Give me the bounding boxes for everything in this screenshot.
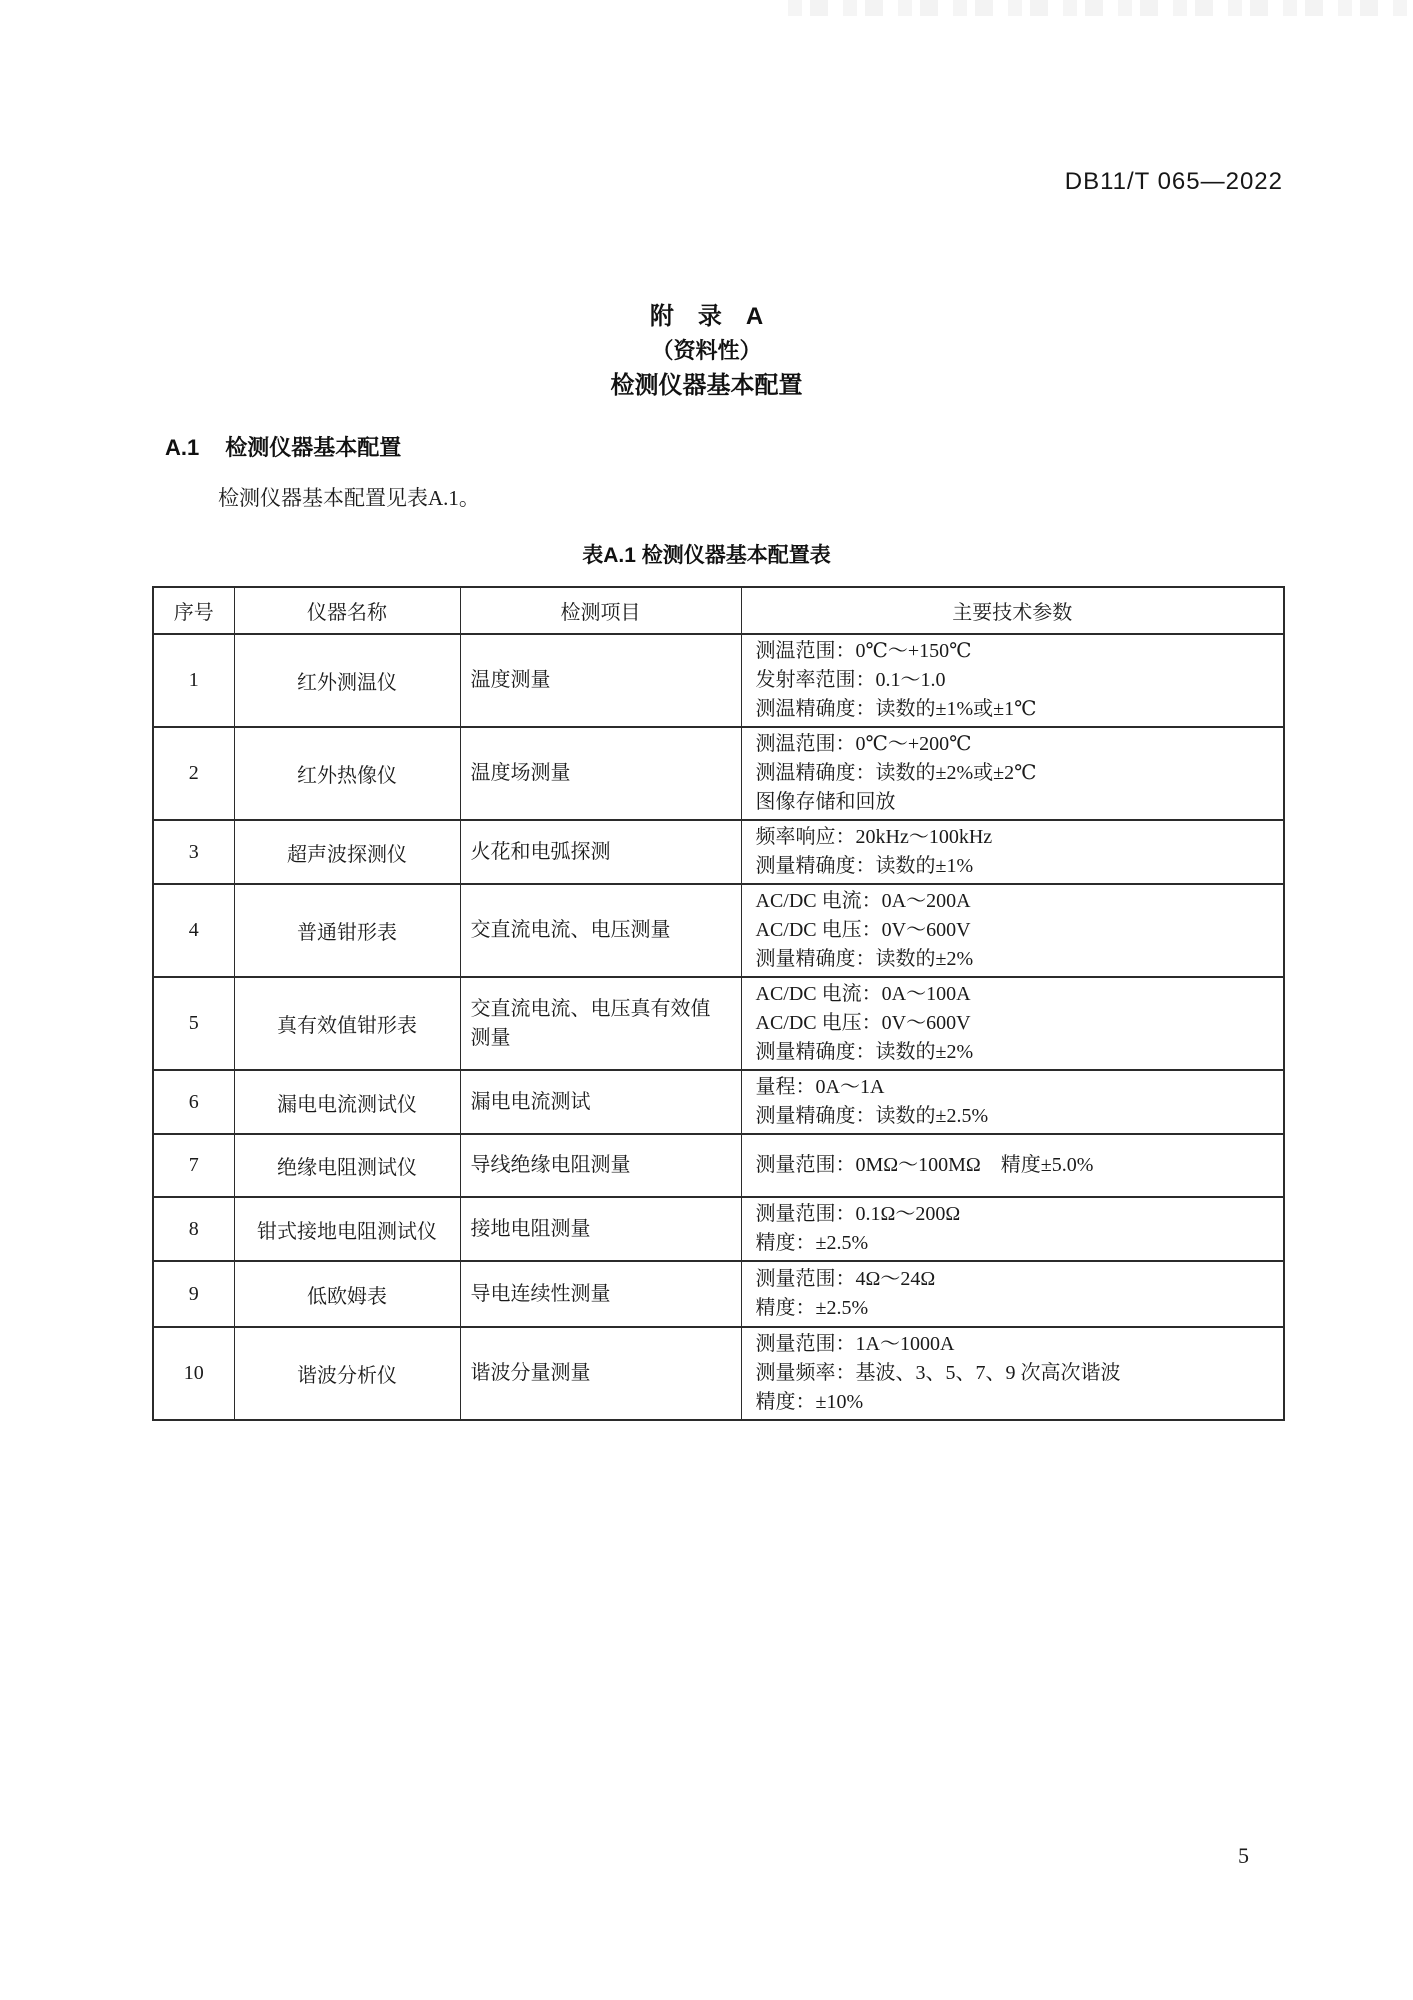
section-heading-text: 检测仪器基本配置 — [225, 435, 401, 460]
cell-row-number: 6 — [153, 1070, 234, 1134]
column-header-no: 序号 — [153, 587, 234, 634]
section-heading: A.1检测仪器基本配置 — [165, 431, 401, 462]
cell-parameters: AC/DC 电流：0A～100AAC/DC 电压：0V～600V测量精确度：读数… — [741, 977, 1284, 1070]
cell-row-number: 8 — [153, 1197, 234, 1261]
table-row: 3超声波探测仪火花和电弧探测频率响应：20kHz～100kHz测量精确度：读数的… — [153, 820, 1284, 884]
page-number: 5 — [1238, 1843, 1249, 1869]
cell-test-item: 谐波分量测量 — [460, 1327, 741, 1420]
parameter-line: 量程：0A～1A — [756, 1073, 1276, 1102]
parameter-line: 测量范围：1A～1000A — [756, 1330, 1276, 1359]
cell-parameters: 量程：0A～1A测量精确度：读数的±2.5% — [741, 1070, 1284, 1134]
table-row: 8钳式接地电阻测试仪接地电阻测量测量范围：0.1Ω～200Ω精度：±2.5% — [153, 1197, 1284, 1261]
parameter-line: 测温精确度：读数的±1%或±1℃ — [756, 695, 1276, 724]
cell-parameters: 测量范围：0MΩ～100MΩ 精度±5.0% — [741, 1134, 1284, 1197]
parameter-line: 测量范围：4Ω～24Ω — [756, 1265, 1276, 1294]
instrument-config-table: 序号 仪器名称 检测项目 主要技术参数 1红外测温仪温度测量测温范围：0℃～+1… — [152, 586, 1285, 1421]
cell-row-number: 10 — [153, 1327, 234, 1420]
cell-parameters: 测量范围：1A～1000A测量频率：基波、3、5、7、9 次高次谐波精度：±10… — [741, 1327, 1284, 1420]
column-header-name: 仪器名称 — [234, 587, 460, 634]
appendix-title-line2: （资料性） — [0, 334, 1413, 368]
cell-parameters: AC/DC 电流：0A～200AAC/DC 电压：0V～600V测量精确度：读数… — [741, 884, 1284, 977]
document-code: DB11/T 065—2022 — [1065, 168, 1283, 196]
cell-test-item: 火花和电弧探测 — [460, 820, 741, 884]
parameter-line: 测量精确度：读数的±2% — [756, 945, 1276, 974]
parameter-line: AC/DC 电流：0A～200A — [756, 887, 1276, 916]
cell-instrument-name: 漏电电流测试仪 — [234, 1070, 460, 1134]
parameter-line: AC/DC 电压：0V～600V — [756, 916, 1276, 945]
parameter-line: 测量精确度：读数的±2% — [756, 1038, 1276, 1067]
cell-instrument-name: 绝缘电阻测试仪 — [234, 1134, 460, 1197]
cell-test-item: 导电连续性测量 — [460, 1261, 741, 1327]
cell-parameters: 测量范围：4Ω～24Ω精度：±2.5% — [741, 1261, 1284, 1327]
cell-instrument-name: 谐波分析仪 — [234, 1327, 460, 1420]
parameter-line: 测温范围：0℃～+200℃ — [756, 730, 1276, 759]
parameter-line: 图像存储和回放 — [756, 788, 1276, 817]
cell-row-number: 2 — [153, 727, 234, 820]
parameter-line: 测量精确度：读数的±1% — [756, 852, 1276, 881]
parameter-line: 测量范围：0.1Ω～200Ω — [756, 1200, 1276, 1229]
cell-instrument-name: 真有效值钳形表 — [234, 977, 460, 1070]
table-row: 5真有效值钳形表交直流电流、电压真有效值测量AC/DC 电流：0A～100AAC… — [153, 977, 1284, 1070]
appendix-title-line1: 附 录 A — [0, 300, 1413, 334]
cell-parameters: 测温范围：0℃～+200℃测温精确度：读数的±2%或±2℃图像存储和回放 — [741, 727, 1284, 820]
cell-test-item: 交直流电流、电压测量 — [460, 884, 741, 977]
cell-instrument-name: 红外热像仪 — [234, 727, 460, 820]
parameter-line: 精度：±10% — [756, 1388, 1276, 1417]
section-number: A.1 — [165, 435, 199, 460]
parameter-line: 测温范围：0℃～+150℃ — [756, 637, 1276, 666]
table-body: 1红外测温仪温度测量测温范围：0℃～+150℃发射率范围：0.1～1.0测温精确… — [153, 634, 1284, 1420]
parameter-line: AC/DC 电流：0A～100A — [756, 980, 1276, 1009]
column-header-params: 主要技术参数 — [741, 587, 1284, 634]
cell-test-item: 导线绝缘电阻测量 — [460, 1134, 741, 1197]
table-row: 10谐波分析仪谐波分量测量测量范围：1A～1000A测量频率：基波、3、5、7、… — [153, 1327, 1284, 1420]
cell-row-number: 1 — [153, 634, 234, 727]
parameter-line: 测量精确度：读数的±2.5% — [756, 1102, 1276, 1131]
cell-instrument-name: 超声波探测仪 — [234, 820, 460, 884]
cell-instrument-name: 红外测温仪 — [234, 634, 460, 727]
appendix-title-line3: 检测仪器基本配置 — [0, 368, 1413, 404]
table-row: 2红外热像仪温度场测量测温范围：0℃～+200℃测温精确度：读数的±2%或±2℃… — [153, 727, 1284, 820]
cell-row-number: 4 — [153, 884, 234, 977]
cell-parameters: 频率响应：20kHz～100kHz测量精确度：读数的±1% — [741, 820, 1284, 884]
cell-instrument-name: 钳式接地电阻测试仪 — [234, 1197, 460, 1261]
table-header: 序号 仪器名称 检测项目 主要技术参数 — [153, 587, 1284, 634]
parameter-line: AC/DC 电压：0V～600V — [756, 1009, 1276, 1038]
parameter-line: 频率响应：20kHz～100kHz — [756, 823, 1276, 852]
table-caption: 表A.1 检测仪器基本配置表 — [0, 539, 1413, 569]
scan-artifact — [788, 0, 1413, 16]
appendix-title-block: 附 录 A （资料性） 检测仪器基本配置 — [0, 300, 1413, 404]
cell-test-item: 温度场测量 — [460, 727, 741, 820]
cell-row-number: 9 — [153, 1261, 234, 1327]
cell-row-number: 7 — [153, 1134, 234, 1197]
table-row: 1红外测温仪温度测量测温范围：0℃～+150℃发射率范围：0.1～1.0测温精确… — [153, 634, 1284, 727]
parameter-line: 精度：±2.5% — [756, 1229, 1276, 1258]
column-header-item: 检测项目 — [460, 587, 741, 634]
cell-instrument-name: 低欧姆表 — [234, 1261, 460, 1327]
cell-test-item: 温度测量 — [460, 634, 741, 727]
cell-row-number: 3 — [153, 820, 234, 884]
cell-instrument-name: 普通钳形表 — [234, 884, 460, 977]
table-row: 4普通钳形表交直流电流、电压测量AC/DC 电流：0A～200AAC/DC 电压… — [153, 884, 1284, 977]
cell-row-number: 5 — [153, 977, 234, 1070]
cell-test-item: 接地电阻测量 — [460, 1197, 741, 1261]
table-row: 6漏电电流测试仪漏电电流测试量程：0A～1A测量精确度：读数的±2.5% — [153, 1070, 1284, 1134]
cell-test-item: 漏电电流测试 — [460, 1070, 741, 1134]
body-paragraph: 检测仪器基本配置见表A.1。 — [218, 482, 480, 512]
cell-test-item: 交直流电流、电压真有效值测量 — [460, 977, 741, 1070]
cell-parameters: 测温范围：0℃～+150℃发射率范围：0.1～1.0测温精确度：读数的±1%或±… — [741, 634, 1284, 727]
parameter-line: 测温精确度：读数的±2%或±2℃ — [756, 759, 1276, 788]
parameter-line: 发射率范围：0.1～1.0 — [756, 666, 1276, 695]
table-row: 7绝缘电阻测试仪导线绝缘电阻测量测量范围：0MΩ～100MΩ 精度±5.0% — [153, 1134, 1284, 1197]
parameter-line: 精度：±2.5% — [756, 1294, 1276, 1323]
parameter-line: 测量范围：0MΩ～100MΩ 精度±5.0% — [756, 1151, 1276, 1180]
cell-parameters: 测量范围：0.1Ω～200Ω精度：±2.5% — [741, 1197, 1284, 1261]
parameter-line: 测量频率：基波、3、5、7、9 次高次谐波 — [756, 1359, 1276, 1388]
table-header-row: 序号 仪器名称 检测项目 主要技术参数 — [153, 587, 1284, 634]
table-row: 9低欧姆表导电连续性测量测量范围：4Ω～24Ω精度：±2.5% — [153, 1261, 1284, 1327]
